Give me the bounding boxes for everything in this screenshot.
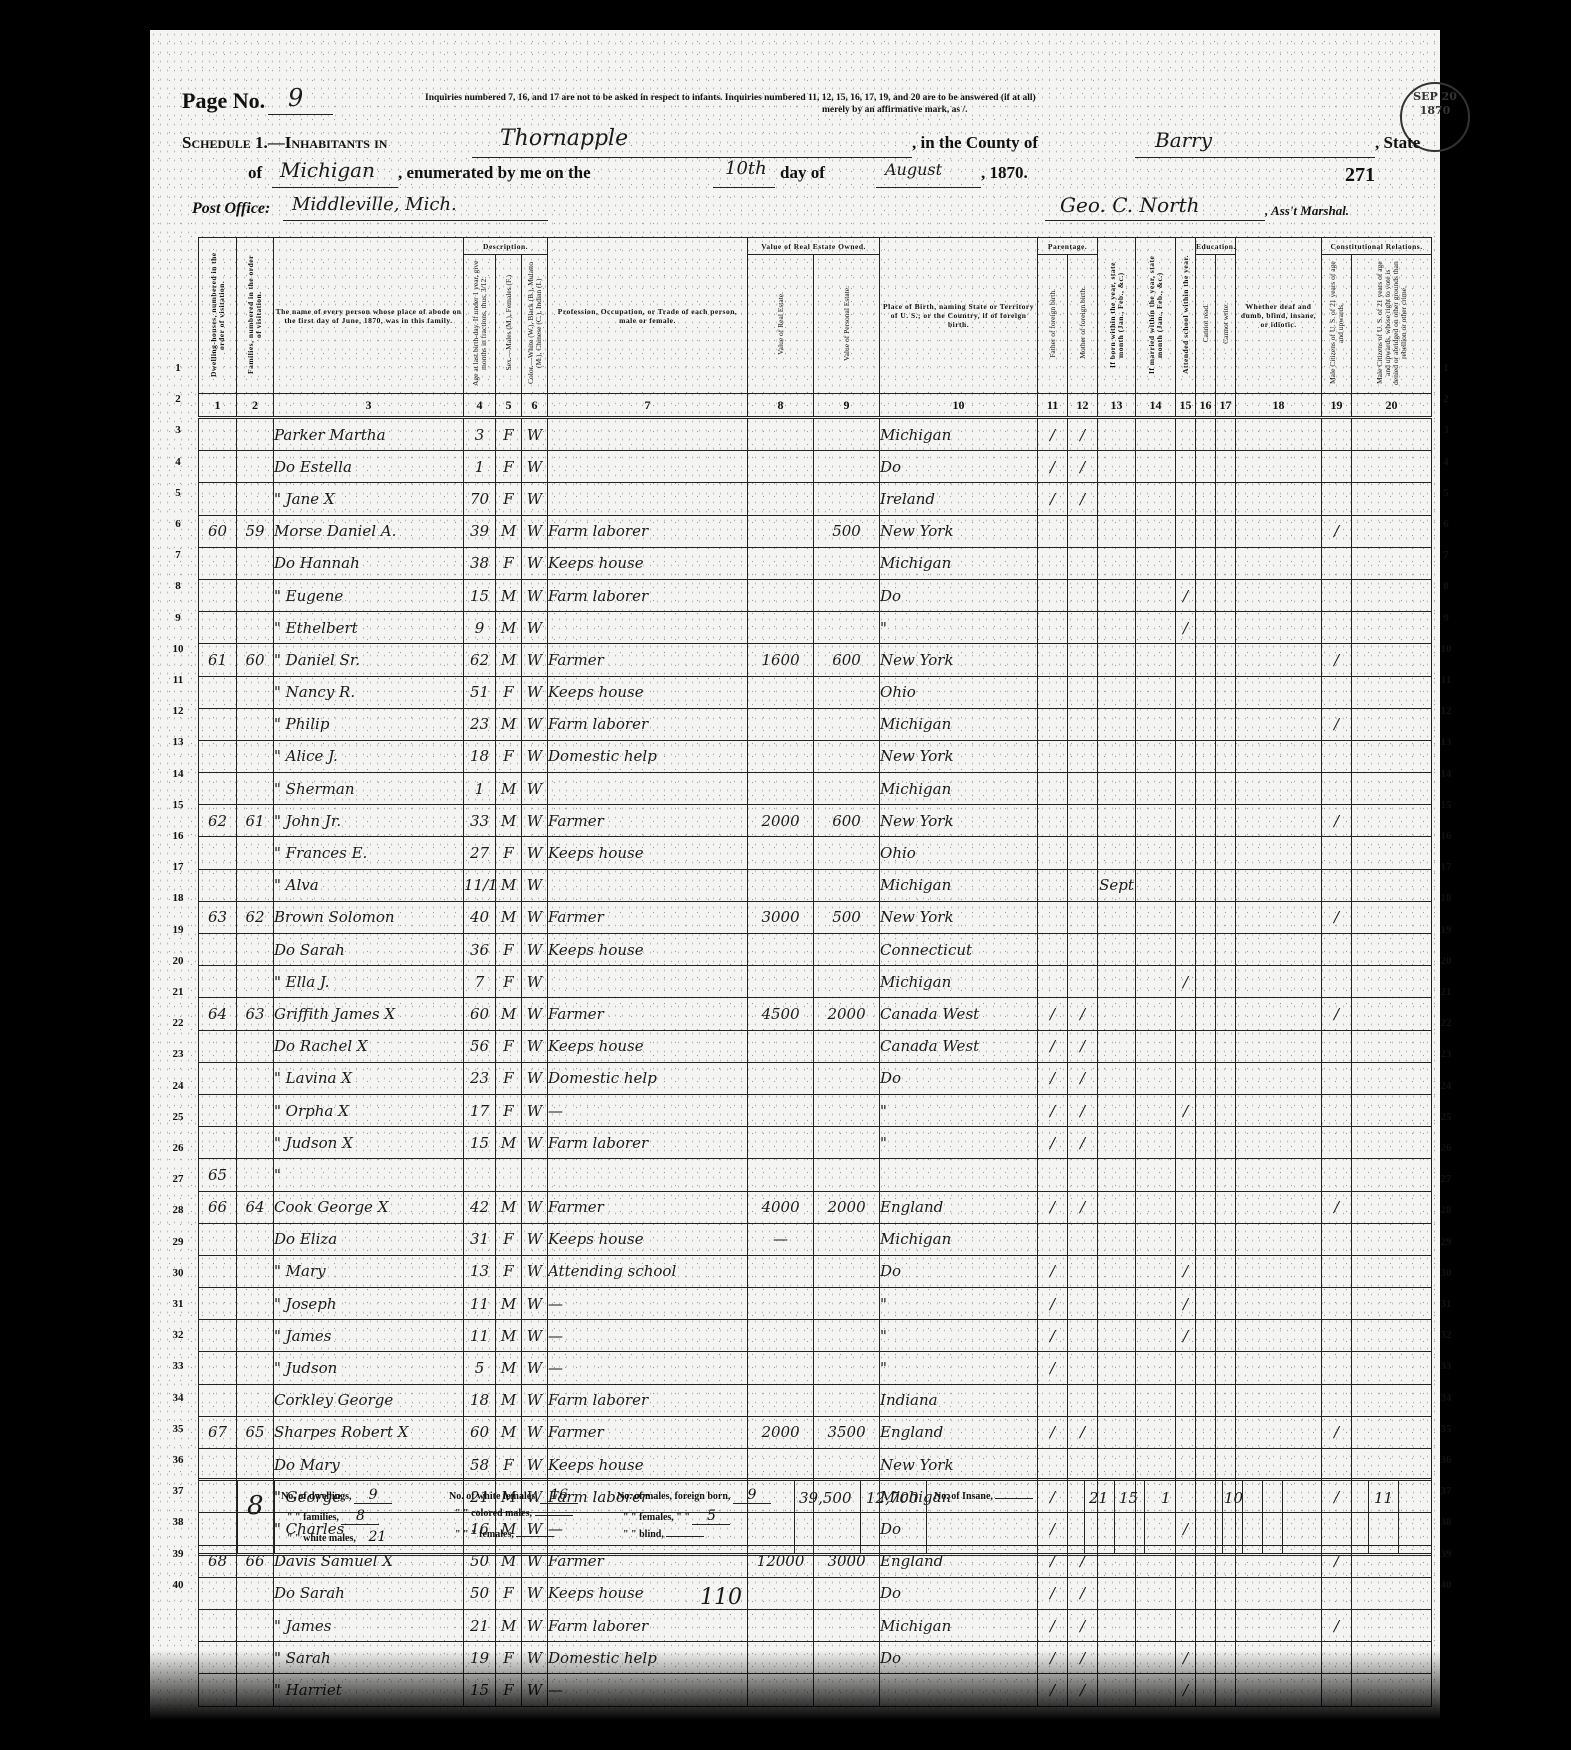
attended-school-mark: /	[1176, 579, 1196, 611]
instructions-line-1: Inquiries numbered 7, 16, and 17 are not…	[425, 93, 1295, 103]
census-row: " Mary13FWAttending schoolDo//	[199, 1255, 1432, 1287]
dwelling-number	[199, 1094, 237, 1126]
sex: M	[496, 644, 522, 676]
sex: M	[496, 1384, 522, 1416]
birthplace: Michigan	[880, 418, 1038, 451]
citizen-mark	[1322, 547, 1352, 579]
deaf-blind	[1236, 869, 1322, 901]
dwelling-number	[199, 676, 237, 708]
father-foreign-mark: /	[1038, 1320, 1068, 1352]
dwelling-number	[199, 869, 237, 901]
census-row: Do Rachel X56FWKeeps houseCanada West//	[199, 1030, 1432, 1062]
married-within-year	[1136, 1577, 1176, 1609]
father-foreign-mark: /	[1038, 1609, 1068, 1641]
color: W	[522, 451, 548, 483]
row-number: 28	[1436, 1204, 1456, 1216]
mother-foreign-mark: /	[1068, 1127, 1098, 1159]
born-within-year	[1098, 998, 1136, 1030]
personal-estate-value: 3500	[814, 1416, 880, 1448]
state-label: , State	[1375, 133, 1420, 153]
vote-denied	[1352, 1320, 1432, 1352]
vote-denied	[1352, 1191, 1432, 1223]
color: W	[522, 869, 548, 901]
row-number: 13	[1436, 736, 1456, 748]
deaf-blind	[1236, 1191, 1322, 1223]
father-foreign-mark	[1038, 773, 1068, 805]
census-row: Do Eliza31FWKeeps house—Michigan	[199, 1223, 1432, 1255]
dwelling-number	[199, 1062, 237, 1094]
person-name: " Frances E.	[274, 837, 464, 869]
age: 1	[464, 451, 496, 483]
colored-females-value	[516, 1536, 554, 1537]
person-name: Do Sarah	[274, 934, 464, 966]
row-number: 33	[1436, 1360, 1456, 1372]
father-foreign-mark: /	[1038, 998, 1068, 1030]
attended-school-mark: /	[1176, 1094, 1196, 1126]
schedule-label: Schedule 1.—Inhabitants in	[182, 133, 387, 153]
vote-denied	[1352, 773, 1432, 805]
occupation: —	[548, 1320, 748, 1352]
county-label: , in the County of	[912, 133, 1038, 153]
col-header-personal-estate: Value of Personal Estate.	[814, 255, 880, 394]
cannot-write	[1216, 1127, 1236, 1159]
citizen-mark	[1322, 1577, 1352, 1609]
person-name: " Alice J.	[274, 740, 464, 772]
personal-estate-value	[814, 1062, 880, 1094]
personal-estate-value	[814, 1577, 880, 1609]
birthplace: Do	[880, 1062, 1038, 1094]
mother-foreign-mark	[1068, 740, 1098, 772]
post-office-field: Middleville, Mich.	[292, 194, 457, 215]
married-within-year	[1136, 579, 1176, 611]
foreign-females-label: " " females, " "	[623, 1512, 690, 1523]
born-within-year	[1098, 1449, 1136, 1481]
personal-estate-value	[814, 579, 880, 611]
sex	[496, 1159, 522, 1191]
cannot-read	[1196, 998, 1216, 1030]
age: 56	[464, 1030, 496, 1062]
mother-foreign-mark	[1068, 1320, 1098, 1352]
born-within-year-total: 1	[1161, 1489, 1171, 1507]
dwelling-number	[199, 966, 237, 998]
sex: F	[496, 740, 522, 772]
cannot-write	[1216, 1449, 1236, 1481]
born-within-year	[1098, 1288, 1136, 1320]
born-within-year	[1098, 612, 1136, 644]
real-estate-value: 2000	[748, 1416, 814, 1448]
attended-school-mark	[1176, 451, 1196, 483]
family-number	[237, 1127, 274, 1159]
real-estate-value	[748, 1609, 814, 1641]
attended-school-mark: /	[1176, 1288, 1196, 1320]
deaf-blind	[1236, 579, 1322, 611]
citizen-mark	[1322, 773, 1352, 805]
column-number: 15	[1176, 394, 1196, 418]
row-number: 33	[168, 1360, 188, 1372]
family-number	[237, 1577, 274, 1609]
age	[464, 1159, 496, 1191]
row-number: 40	[1436, 1579, 1456, 1591]
cannot-write	[1216, 1094, 1236, 1126]
sex: F	[496, 1030, 522, 1062]
age: 18	[464, 740, 496, 772]
row-number: 8	[168, 580, 188, 592]
row-number: 32	[1436, 1329, 1456, 1341]
census-row: Parker Martha3FWMichigan//	[199, 418, 1432, 451]
mother-foreign-mark	[1068, 805, 1098, 837]
father-foreign-mark: /	[1038, 483, 1068, 515]
cannot-write	[1216, 708, 1236, 740]
cannot-write	[1216, 1255, 1236, 1287]
family-number	[237, 1159, 274, 1191]
row-number: 12	[1436, 705, 1456, 717]
cannot-read	[1196, 515, 1216, 547]
sex: M	[496, 1127, 522, 1159]
person-name: Brown Solomon	[274, 901, 464, 933]
column-number: 14	[1136, 394, 1176, 418]
citizen-mark	[1322, 1127, 1352, 1159]
dwellings-label: No. of dwellings,	[281, 1491, 352, 1502]
married-within-year	[1136, 901, 1176, 933]
married-within-year	[1136, 1384, 1176, 1416]
citizen-mark	[1322, 869, 1352, 901]
census-row: Do Sarah50FWKeeps houseDo//	[199, 1577, 1432, 1609]
school-total: 10	[1224, 1489, 1243, 1507]
attended-school-mark	[1176, 1127, 1196, 1159]
col-header-cannot-read: Cannot read.	[1196, 255, 1216, 394]
age: 60	[464, 998, 496, 1030]
row-number: 23	[1436, 1048, 1456, 1060]
row-number: 8	[1436, 580, 1456, 592]
family-number: 60	[237, 644, 274, 676]
mother-foreign-mark	[1068, 1352, 1098, 1384]
row-number: 39	[1436, 1548, 1456, 1560]
dwelling-number: 62	[199, 805, 237, 837]
person-name: " Ethelbert	[274, 612, 464, 644]
deaf-blind	[1236, 515, 1322, 547]
real-estate-value: —	[748, 1223, 814, 1255]
census-row: " Frances E.27FWKeeps houseOhio	[199, 837, 1432, 869]
attended-school-mark	[1176, 869, 1196, 901]
dwelling-number	[199, 579, 237, 611]
occupation	[548, 869, 748, 901]
occupation: —	[548, 1094, 748, 1126]
citizen-mark: /	[1322, 1191, 1352, 1223]
mother-foreign-mark	[1068, 1384, 1098, 1416]
citizen-mark	[1322, 1255, 1352, 1287]
real-estate-value	[748, 1352, 814, 1384]
row-number: 16	[168, 830, 188, 842]
cannot-read	[1196, 676, 1216, 708]
real-estate-value	[748, 869, 814, 901]
birthplace: Indiana	[880, 1384, 1038, 1416]
vote-denied	[1352, 1094, 1432, 1126]
birthplace: Michigan	[880, 547, 1038, 579]
family-number	[237, 966, 274, 998]
col-header-vote-denied: Male Citizens of U. S. of 21 years of ag…	[1352, 255, 1432, 394]
real-estate-value: 4000	[748, 1191, 814, 1223]
cannot-write	[1216, 1062, 1236, 1094]
cannot-write	[1216, 998, 1236, 1030]
real-estate-value: 3000	[748, 901, 814, 933]
father-foreign-mark	[1038, 708, 1068, 740]
cannot-read	[1196, 708, 1216, 740]
occupation: Keeps house	[548, 1223, 748, 1255]
family-number	[237, 1320, 274, 1352]
occupation: Farmer	[548, 1191, 748, 1223]
col-header-name: The name of every person whose place of …	[274, 238, 464, 394]
dwelling-number: 61	[199, 644, 237, 676]
row-number: 36	[1436, 1454, 1456, 1466]
mother-foreign-mark: /	[1068, 1062, 1098, 1094]
deaf-blind	[1236, 740, 1322, 772]
row-number: 20	[1436, 955, 1456, 967]
vote-denied	[1352, 451, 1432, 483]
row-number: 7	[1436, 549, 1456, 561]
birthplace: New York	[880, 644, 1038, 676]
birthplace: Do	[880, 579, 1038, 611]
mother-foreign-mark	[1068, 901, 1098, 933]
born-within-year	[1098, 1191, 1136, 1223]
citizen-mark	[1322, 579, 1352, 611]
cannot-read	[1196, 1159, 1216, 1191]
deaf-blind	[1236, 1288, 1322, 1320]
attended-school-mark: /	[1176, 1320, 1196, 1352]
born-within-year	[1098, 1352, 1136, 1384]
vote-denied	[1352, 998, 1432, 1030]
family-number	[237, 418, 274, 451]
attended-school-mark	[1176, 1159, 1196, 1191]
born-within-year	[1098, 1255, 1136, 1287]
census-row: " Ella J.7FWMichigan/	[199, 966, 1432, 998]
family-number	[237, 1288, 274, 1320]
dwelling-number: 66	[199, 1191, 237, 1223]
row-number: 24	[168, 1080, 188, 1092]
personal-estate-value	[814, 1320, 880, 1352]
born-within-year	[1098, 483, 1136, 515]
cannot-read	[1196, 1449, 1216, 1481]
married-within-year	[1136, 1030, 1176, 1062]
born-within-year	[1098, 1159, 1136, 1191]
sex: M	[496, 901, 522, 933]
born-within-year	[1098, 740, 1136, 772]
group-header-description: Description.	[464, 238, 548, 255]
married-within-year	[1136, 869, 1176, 901]
column-number: 16	[1196, 394, 1216, 418]
deaf-blind	[1236, 837, 1322, 869]
birthplace: New York	[880, 901, 1038, 933]
person-name: " Eugene	[274, 579, 464, 611]
row-number: 13	[168, 736, 188, 748]
group-header-value: Value of Real Estate Owned.	[748, 238, 880, 255]
row-number: 5	[1436, 487, 1456, 499]
age: 17	[464, 1094, 496, 1126]
personal-estate-value	[814, 1384, 880, 1416]
col-header-married-within-year: If married within the year, state month …	[1136, 238, 1176, 394]
real-estate-value	[748, 676, 814, 708]
cannot-write	[1216, 740, 1236, 772]
cannot-read	[1196, 1609, 1216, 1641]
color: W	[522, 1127, 548, 1159]
age: 51	[464, 676, 496, 708]
personal-estate-value	[814, 966, 880, 998]
father-foreign-mark	[1038, 644, 1068, 676]
deaf-blind	[1236, 901, 1322, 933]
deaf-blind	[1236, 1094, 1322, 1126]
sex: M	[496, 998, 522, 1030]
row-number: 14	[1436, 768, 1456, 780]
row-number: 11	[168, 674, 188, 686]
person-name: " Ella J.	[274, 966, 464, 998]
vote-denied	[1352, 901, 1432, 933]
citizens-total: 11	[1374, 1489, 1393, 1507]
family-number	[237, 869, 274, 901]
color: W	[522, 1094, 548, 1126]
father-foreign-mark: /	[1038, 418, 1068, 451]
marshal-signature: Geo. C. North	[1060, 193, 1200, 217]
born-within-year	[1098, 934, 1136, 966]
married-within-year	[1136, 483, 1176, 515]
dwelling-number	[199, 547, 237, 579]
age: 58	[464, 1449, 496, 1481]
cannot-read	[1196, 1223, 1216, 1255]
sex: M	[496, 1352, 522, 1384]
married-within-year	[1136, 451, 1176, 483]
age: 27	[464, 837, 496, 869]
age: 62	[464, 644, 496, 676]
occupation: Attending school	[548, 1255, 748, 1287]
family-number	[237, 1030, 274, 1062]
vote-denied	[1352, 1384, 1432, 1416]
married-within-year	[1136, 1223, 1176, 1255]
row-number: 4	[168, 456, 188, 468]
foreign-males-label: No. of males, foreign born,	[617, 1491, 730, 1502]
color: W	[522, 773, 548, 805]
occupation: Domestic help	[548, 1062, 748, 1094]
row-number: 7	[168, 549, 188, 561]
dwelling-number: 67	[199, 1416, 237, 1448]
page-label: Page No.	[182, 88, 265, 114]
row-number: 10	[1436, 643, 1456, 655]
age: 13	[464, 1255, 496, 1287]
census-row: 6765Sharpes Robert X60MWFarmer20003500En…	[199, 1416, 1432, 1448]
cannot-write	[1216, 644, 1236, 676]
families-value: 8	[341, 1508, 379, 1525]
column-number: 3	[274, 394, 464, 418]
summary-family-count: 8	[247, 1491, 264, 1521]
color: W	[522, 515, 548, 547]
row-number: 37	[168, 1485, 188, 1497]
color	[522, 1159, 548, 1191]
vote-denied	[1352, 1255, 1432, 1287]
occupation	[548, 966, 748, 998]
page-number: 9	[288, 84, 303, 112]
row-number: 17	[1436, 861, 1456, 873]
attended-school-mark	[1176, 708, 1196, 740]
birthplace: Michigan	[880, 1223, 1038, 1255]
occupation: Farm laborer	[548, 1384, 748, 1416]
occupation	[548, 612, 748, 644]
married-within-year	[1136, 740, 1176, 772]
vote-denied	[1352, 418, 1432, 451]
personal-estate-value: 2000	[814, 1191, 880, 1223]
mother-foreign-mark: /	[1068, 1609, 1098, 1641]
cannot-write	[1216, 547, 1236, 579]
deaf-blind	[1236, 1255, 1322, 1287]
sex: F	[496, 676, 522, 708]
birthplace: Michigan	[880, 966, 1038, 998]
age: 70	[464, 483, 496, 515]
white-females-label: No. of white females,	[449, 1491, 538, 1502]
col-header-born-within-year: If born within the year, state month (Ja…	[1098, 238, 1136, 394]
cannot-read	[1196, 805, 1216, 837]
cannot-read	[1196, 418, 1216, 451]
mother-foreign-mark: /	[1068, 1416, 1098, 1448]
cannot-write	[1216, 1352, 1236, 1384]
mother-foreign-mark: /	[1068, 1191, 1098, 1223]
occupation	[548, 1159, 748, 1191]
father-foreign-mark	[1038, 966, 1068, 998]
citizen-mark	[1322, 418, 1352, 451]
row-number: 17	[168, 861, 188, 873]
color: W	[522, 1288, 548, 1320]
age: 21	[464, 1609, 496, 1641]
age: 5	[464, 1352, 496, 1384]
person-name: " Judson	[274, 1352, 464, 1384]
married-within-year	[1136, 1159, 1176, 1191]
sex: M	[496, 1191, 522, 1223]
attended-school-mark	[1176, 1030, 1196, 1062]
father-foreign-mark	[1038, 515, 1068, 547]
sex: M	[496, 1288, 522, 1320]
deaf-blind	[1236, 1384, 1322, 1416]
father-foreign-mark	[1038, 1384, 1068, 1416]
color: W	[522, 805, 548, 837]
color: W	[522, 1223, 548, 1255]
real-estate-value	[748, 708, 814, 740]
row-number: 27	[168, 1173, 188, 1185]
person-name: " James	[274, 1609, 464, 1641]
born-within-year	[1098, 515, 1136, 547]
family-number	[237, 1384, 274, 1416]
occupation: Keeps house	[548, 676, 748, 708]
person-name: Morse Daniel A.	[274, 515, 464, 547]
dwelling-number: 63	[199, 901, 237, 933]
col-header-real-estate: Value of Real Estate.	[748, 255, 814, 394]
row-number: 2	[1436, 393, 1456, 405]
personal-estate-value	[814, 547, 880, 579]
row-number: 6	[168, 518, 188, 530]
cannot-read	[1196, 451, 1216, 483]
dwelling-number	[199, 451, 237, 483]
person-name: " Mary	[274, 1255, 464, 1287]
born-within-year	[1098, 1384, 1136, 1416]
occupation: Keeps house	[548, 837, 748, 869]
col-header-mother-foreign: Mother of foreign birth.	[1068, 255, 1098, 394]
person-name: Do Eliza	[274, 1223, 464, 1255]
vote-denied	[1352, 1062, 1432, 1094]
age: 60	[464, 1416, 496, 1448]
vote-denied	[1352, 612, 1432, 644]
person-name: " Daniel Sr.	[274, 644, 464, 676]
father-foreign-mark	[1038, 1159, 1068, 1191]
father-foreign-mark: /	[1038, 451, 1068, 483]
birthplace: "	[880, 612, 1038, 644]
attended-school-mark	[1176, 934, 1196, 966]
color: W	[522, 1449, 548, 1481]
personal-estate-value	[814, 869, 880, 901]
person-name: Griffith James X	[274, 998, 464, 1030]
